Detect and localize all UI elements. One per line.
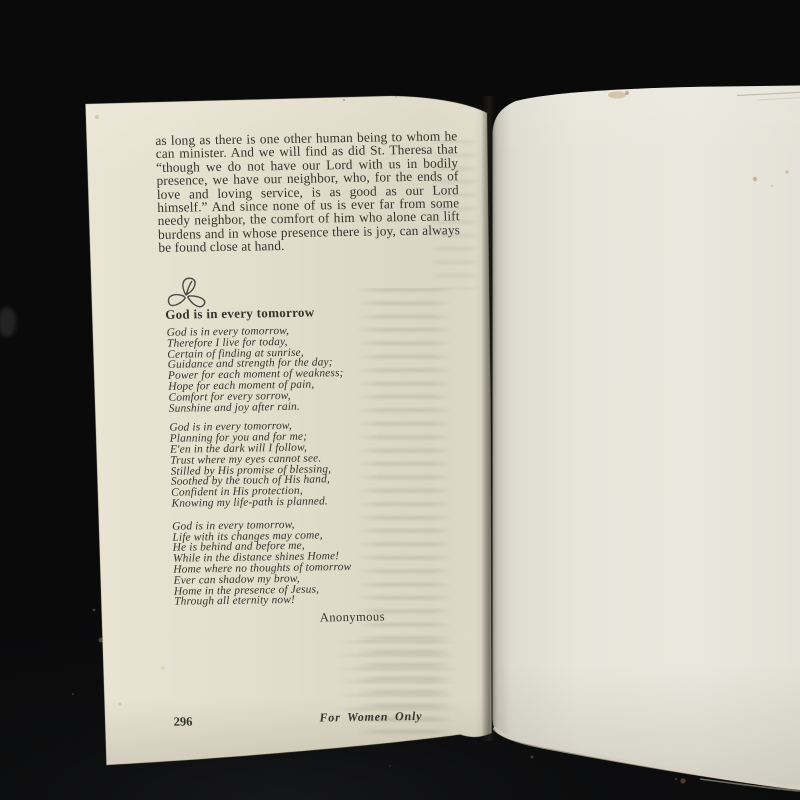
poem-line: Sunshine and joy after rain.: [169, 399, 429, 414]
poem: God is in every tomorrow,Therefore I liv…: [167, 324, 435, 617]
poem-title: God is in every tomorrow: [165, 305, 315, 323]
gutter-shadow: [481, 96, 496, 741]
book-photo: as long as there is one other human bein…: [0, 0, 800, 800]
poem-stanza: God is in every tomorrow,Life with its c…: [172, 517, 434, 607]
poem-attribution: Anonymous: [320, 609, 386, 625]
page-number: 296: [173, 714, 192, 729]
running-title: For Women Only: [319, 709, 422, 726]
poem-stanza: God is in every tomorrow,Therefore I liv…: [167, 324, 429, 414]
poem-line: Knowing my life-path is planned.: [171, 495, 431, 510]
left-page-content: as long as there is one other human bein…: [155, 123, 485, 778]
body-paragraph: as long as there is one other human bein…: [155, 129, 460, 254]
poem-stanza: God is in every tomorrow,Planning for yo…: [169, 419, 431, 509]
